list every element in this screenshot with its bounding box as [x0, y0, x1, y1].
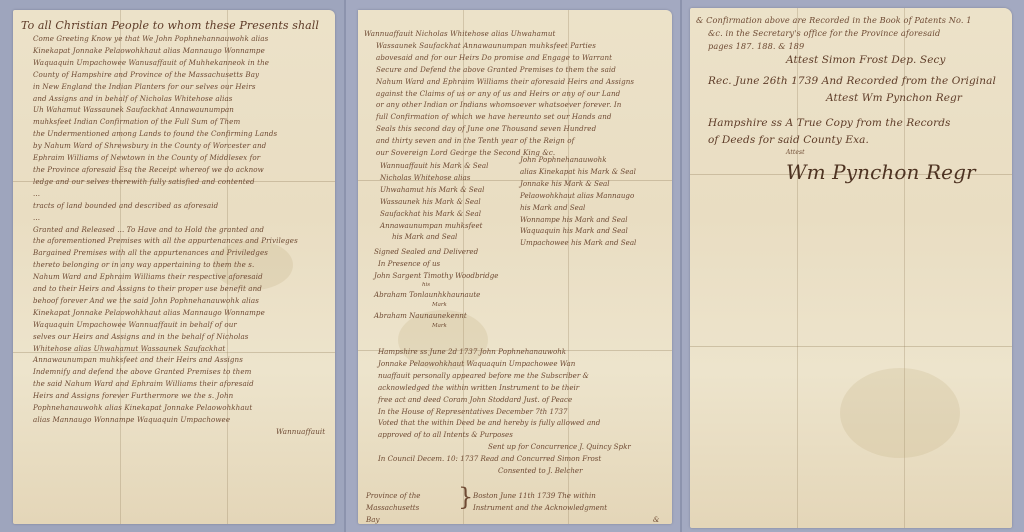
text-line: Come Greeting Know ye that We John Pophn… — [21, 33, 329, 45]
copy-line: of Deeds for said County Exa. — [696, 132, 1006, 149]
text-line: ... — [21, 212, 329, 224]
signature-line: John Pophnehanauwohk — [520, 154, 636, 166]
text-line: Uh Wahamut Wassaunek Saufackhat Annawaun… — [21, 104, 329, 116]
text-line: Nahum Ward and Ephraim Williams their re… — [21, 271, 329, 283]
document-page-1-panel: To all Christian People to whom these Pr… — [0, 0, 346, 532]
signature-line: Pelaowohkhaut alias Mannaugo — [520, 190, 636, 202]
text-line: in New England the Indian Planters for o… — [21, 81, 329, 93]
signature-line: Uhwahamut his Mark & Seal — [380, 184, 488, 196]
witness-line: In Presence of us — [374, 258, 498, 270]
text-line: by Nahum Ward of Shrewsbury in the Count… — [21, 140, 329, 152]
signature-line: his Mark and Seal — [380, 231, 488, 243]
witness-block: Signed Sealed and Delivered In Presence … — [374, 246, 498, 331]
text-line: the aforementioned Premises with all the… — [21, 235, 329, 247]
registrar-signature: Wm Pynchon Regr — [696, 157, 1006, 187]
ack-line: Voted that the within Deed be and hereby… — [378, 417, 631, 429]
manuscript-sheet-3: & Confirmation above are Recorded in the… — [690, 8, 1012, 528]
ack-line: Jonnake Pelaowohkhaut Waquaquin Umpachow… — [378, 358, 631, 370]
signature-line: Saufackhat his Mark & Seal — [380, 208, 488, 220]
text-line: Wassaunek Saufackhat Annawaunumpan muhks… — [364, 40, 666, 52]
text-line: Indemnify and defend the above Granted P… — [21, 366, 329, 378]
text-line: the Province aforesaid Esq the Receipt w… — [21, 164, 329, 176]
text-line: &c. in the Secretary's office for the Pr… — [696, 27, 1006, 40]
signatures-right: John Pophnehanauwohk alias Kinekapat his… — [520, 154, 636, 249]
text-line: & Confirmation above are Recorded in the… — [696, 14, 1006, 27]
ack-line: approved of to all Intents & Purposes — [378, 429, 631, 441]
text-line: tracts of land bounded and described as … — [21, 200, 329, 212]
catchword: Wannuaffauit — [21, 426, 329, 438]
signature-line: Wassaunek his Mark & Seal — [380, 196, 488, 208]
ack-line: Consented to J. Belcher — [378, 465, 631, 477]
text-line: Nahum Ward and Ephraim Williams their af… — [364, 76, 666, 88]
salutation-line: To all Christian People to whom these Pr… — [21, 19, 329, 33]
catchword: & — [473, 514, 659, 524]
manuscript-sheet-1: To all Christian People to whom these Pr… — [13, 10, 335, 524]
copy-line: Hampshire ss A True Copy from the Record… — [696, 115, 1006, 132]
witness-line: John Sargent Timothy Woodbridge — [374, 270, 498, 282]
attestation-line: Attest Wm Pynchon Regr — [696, 90, 1006, 107]
signature-line: Annawaunumpan muhksfeet — [380, 220, 488, 232]
text-line: Annawaunumpan muhksfeet and their Heirs … — [21, 354, 329, 366]
brace-glyph: } — [458, 485, 473, 509]
witness-line: Abraham Tonlaunhkhaunaute — [374, 289, 498, 301]
ack-line: In the House of Representatives December… — [378, 406, 631, 418]
text-line: selves our Heirs and Assigns and in the … — [21, 331, 329, 343]
document-page-2-panel: Wannuaffauit Nicholas Whitehose alias Uh… — [346, 0, 682, 532]
text-line: pages 187. 188. & 189 — [696, 40, 1006, 53]
text-line: or any other Indian or Indians whomsoeve… — [364, 99, 666, 111]
ack-line: Boston June 11th 1739 The within — [473, 490, 659, 502]
acknowledgement-block: Hampshire ss June 2d 1737 John Pophnehan… — [378, 346, 631, 477]
fold-line — [690, 346, 1012, 347]
witness-line: Signed Sealed and Delivered — [374, 246, 498, 258]
ack-line: In Council Decem. 10: 1737 Read and Conc… — [378, 453, 631, 465]
witness-line: Abraham Naunaunekennt — [374, 310, 498, 322]
signatures-left: Wannuaffauit his Mark & Seal Nicholas Wh… — [380, 160, 488, 243]
witness-line: his — [374, 282, 498, 289]
text-line: ledge and our selves therewith fully sat… — [21, 176, 329, 188]
signature-line: Jonnake his Mark & Seal — [520, 178, 636, 190]
text-line: Pophnehanauwohk alias Kinekapat Jonnake … — [21, 402, 329, 414]
text-line: Granted and Released ... To Have and to … — [21, 224, 329, 236]
boston-record-block: Boston June 11th 1739 The within Instrum… — [473, 490, 659, 524]
text-line: Whitehose alias Uhwahamut Wassaunek Sauf… — [21, 343, 329, 355]
signature-line: Waquaquin his Mark and Seal — [520, 225, 636, 237]
text-line: the Undermentioned among Lands to found … — [21, 128, 329, 140]
witness-line: Mark — [374, 322, 498, 331]
province-label: Province of the Massachusetts Bay — [366, 490, 426, 524]
paper-stain — [840, 368, 960, 458]
signature-line: his Mark and Seal — [520, 202, 636, 214]
text-line: Heirs and Assigns forever Furthermore we… — [21, 390, 329, 402]
witness-line: Mark — [374, 301, 498, 310]
text-line: Bargained Premises with all the appurten… — [21, 247, 329, 259]
manuscript-sheet-2: Wannuaffauit Nicholas Whitehose alias Uh… — [358, 10, 672, 524]
text-line: against the Claims of us or any of us an… — [364, 88, 666, 100]
text-line: Secure and Defend the above Granted Prem… — [364, 64, 666, 76]
text-line: thereto belonging or in any way appertai… — [21, 259, 329, 271]
text-line: County of Hampshire and Province of the … — [21, 69, 329, 81]
page-1-text: To all Christian People to whom these Pr… — [21, 19, 329, 438]
ack-line: free act and deed Coram John Stoddard Ju… — [378, 394, 631, 406]
text-line: and to their Heirs and Assigns to their … — [21, 283, 329, 295]
text-line: Kinekapat Jonnake Pelaowohkhaut alias Ma… — [21, 307, 329, 319]
attest-label: Attest — [696, 149, 1006, 157]
signature-line: Nicholas Whitehose alias — [380, 172, 488, 184]
ack-line: Hampshire ss June 2d 1737 John Pophnehan… — [378, 346, 631, 358]
text-line: and Assigns and in behalf of Nicholas Wh… — [21, 93, 329, 105]
attestation-line: Attest Simon Frost Dep. Secy — [696, 52, 1006, 69]
text-line: behoof forever And we the said John Poph… — [21, 295, 329, 307]
text-line: Waquaquin Umpachowee Wannuaffauit in beh… — [21, 319, 329, 331]
signature-line: alias Kinekapat his Mark & Seal — [520, 166, 636, 178]
ack-line: Sent up for Concurrence J. Quincy Spkr — [378, 441, 631, 453]
record-line: Rec. June 26th 1739 And Recorded from th… — [696, 73, 1006, 90]
ack-line: nuaffauit personally appeared before me … — [378, 370, 631, 382]
text-line: abovesaid and for our Heirs Do promise a… — [364, 52, 666, 64]
text-line: ... — [21, 188, 329, 200]
text-line: the said Nahum Ward and Ephraim Williams… — [21, 378, 329, 390]
text-line: Seals this second day of June one Thousa… — [364, 123, 666, 135]
text-line: Ephraim Williams of Newtown in the Count… — [21, 152, 329, 164]
page-2-deed-text: Wannuaffauit Nicholas Whitehose alias Uh… — [364, 28, 666, 159]
signature-line: Wonnampe his Mark and Seal — [520, 214, 636, 226]
document-page-3-panel: & Confirmation above are Recorded in the… — [682, 0, 1024, 532]
text-line: Wannuaffauit Nicholas Whitehose alias Uh… — [364, 28, 666, 40]
text-line: alias Mannaugo Wonnampe Waquaquin Umpach… — [21, 414, 329, 426]
text-line: Kinekapat Jonnake Pelaowohkhaut alias Ma… — [21, 45, 329, 57]
ack-line: acknowledged the within written Instrume… — [378, 382, 631, 394]
text-line: Waquaquin Umpachowee Wanusaffauit of Muh… — [21, 57, 329, 69]
ack-line: Instrument and the Acknowledgment — [473, 502, 659, 514]
text-line: full Confirmation of which we have hereu… — [364, 111, 666, 123]
signature-line: Umpachowee his Mark and Seal — [520, 237, 636, 249]
page-3-text: & Confirmation above are Recorded in the… — [696, 14, 1006, 187]
signature-line: Wannuaffauit his Mark & Seal — [380, 160, 488, 172]
text-line: muhksfeet Indian Confirmation of the Ful… — [21, 116, 329, 128]
text-line: and thirty seven and in the Tenth year o… — [364, 135, 666, 147]
